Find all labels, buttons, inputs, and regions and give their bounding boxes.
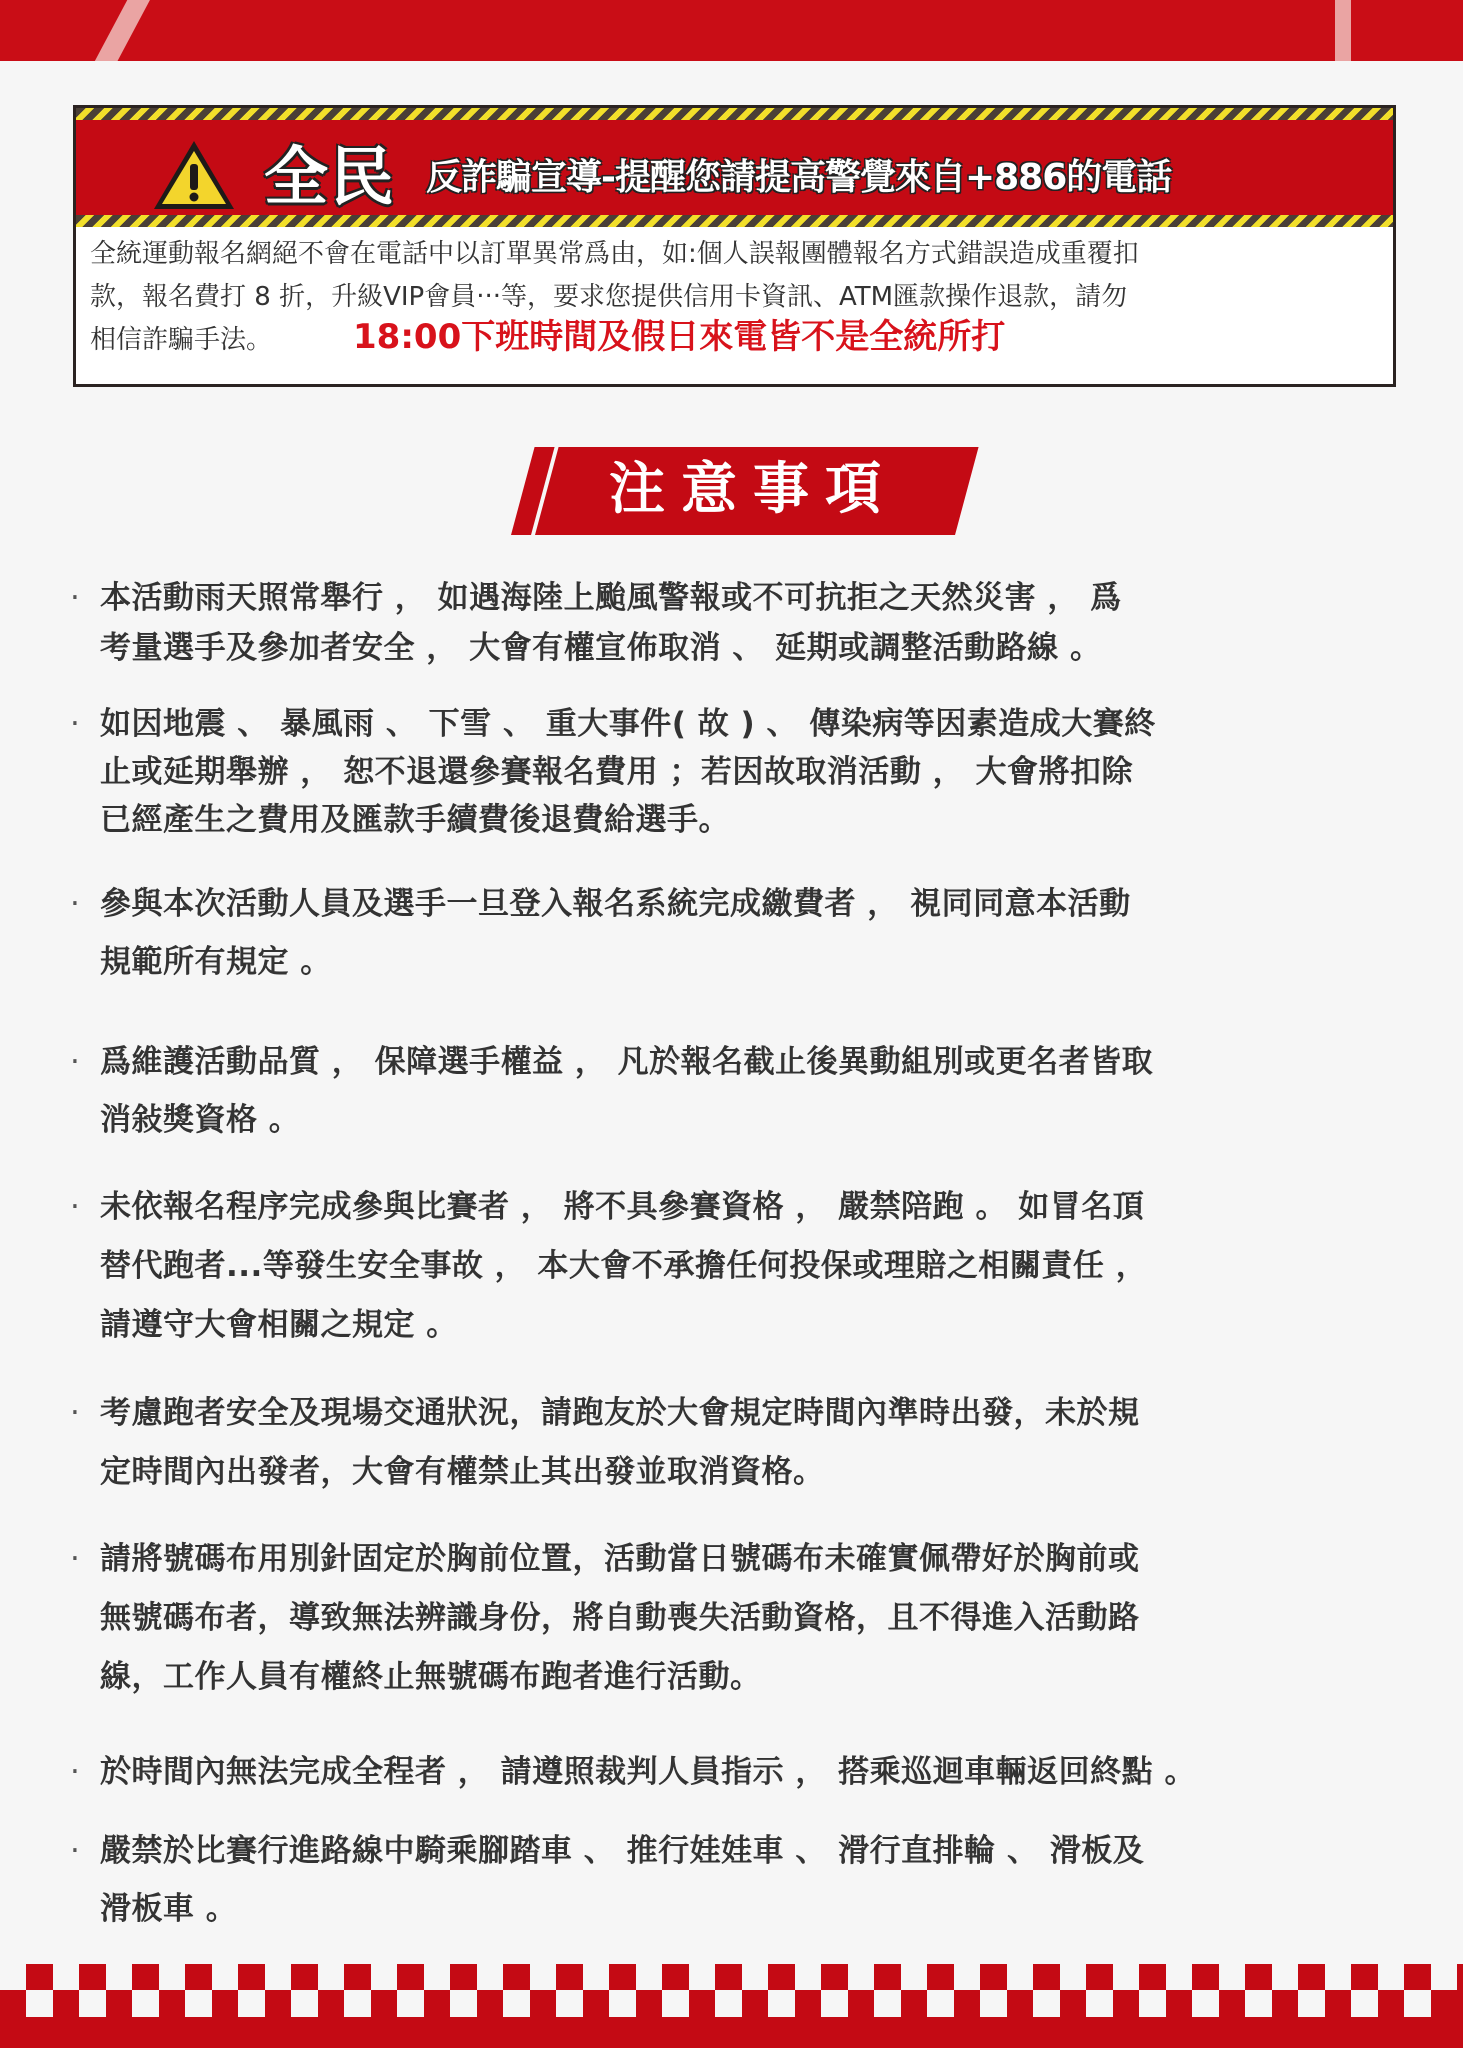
text-line: 已經產生之費用及匯款手續費後退費給選手。 — [100, 796, 1463, 844]
warning-body-line: 全統運動報名網絕不會在電話中以訂單異常爲由，如:個人誤報團體報名方式錯誤造成重覆… — [90, 233, 1379, 276]
hazard-stripe-top — [76, 108, 1393, 120]
text-line: 本活動雨天照常舉行 ， 如遇海陸上颱風警報或不可抗拒之天然災害 ， 爲 — [100, 573, 1463, 623]
text-line: 替代跑者...等發生安全事故 ， 本大會不承擔任何投保或理賠之相關責任 ， — [100, 1237, 1463, 1296]
warning-highlight: 18:00下班時間及假日來電皆不是全統所打 — [353, 316, 1005, 359]
text-line: 請將號碼布用別針固定於胸前位置，活動當日號碼布未確實佩帶好於胸前或 — [100, 1530, 1463, 1589]
text-line: 規範所有規定 。 — [100, 933, 1463, 991]
warning-header: 全民 反詐騙宣導-提醒您請提高警覺來自+886的電話 — [76, 120, 1393, 215]
list-item-text: 爲維護活動品質 ， 保障選手權益 ， 凡於報名截止後異動組別或更名者皆取 消敍獎… — [70, 1033, 1463, 1149]
text-line: 考量選手及參加者安全 ， 大會有權宣佈取消 、 延期或調整活動路線 。 — [100, 623, 1463, 673]
bullet: · — [70, 1178, 80, 1237]
bullet: · — [70, 573, 80, 623]
anti-fraud-warning-box: 全民 反詐騙宣導-提醒您請提高警覺來自+886的電話 全統運動報名網絕不會在電話… — [73, 105, 1396, 387]
warning-triangle-icon — [151, 138, 237, 212]
list-item: · 未依報名程序完成參與比賽者 ， 將不具參賽資格 ， 嚴禁陪跑 。 如冒名頂 … — [70, 1178, 1463, 1355]
list-item: · 於時間內無法完成全程者 ， 請遵照裁判人員指示 ， 搭乘巡迴車輛返回終點 。 — [70, 1743, 1463, 1801]
bullet: · — [70, 1384, 80, 1443]
text-line: 未依報名程序完成參與比賽者 ， 將不具參賽資格 ， 嚴禁陪跑 。 如冒名頂 — [100, 1178, 1463, 1237]
text-line: 爲維護活動品質 ， 保障選手權益 ， 凡於報名截止後異動組別或更名者皆取 — [100, 1033, 1463, 1091]
bullet: · — [70, 1743, 80, 1801]
bullet: · — [70, 700, 80, 748]
list-item-text: 參與本次活動人員及選手一旦登入報名系統完成繳費者 ， 視同同意本活動 規範所有規… — [70, 875, 1463, 991]
section-title-banner: 注意事項 — [503, 445, 973, 535]
checker-row-top — [26, 1964, 1463, 1990]
warning-body: 全統運動報名網絕不會在電話中以訂單異常爲由，如:個人誤報團體報名方式錯誤造成重覆… — [76, 227, 1393, 362]
list-item-text: 考慮跑者安全及現場交通狀況，請跑友於大會規定時間內準時出發，未於規 定時間內出發… — [70, 1384, 1463, 1502]
checkered-footer — [0, 1964, 1463, 2048]
bullet: · — [70, 875, 80, 933]
list-item: · 參與本次活動人員及選手一旦登入報名系統完成繳費者 ， 視同同意本活動 規範所… — [70, 875, 1463, 991]
bullet: · — [70, 1822, 80, 1880]
track-line-decoration — [85, 0, 154, 61]
list-item-text: 嚴禁於比賽行進路線中騎乘腳踏車 、 推行娃娃車 、 滑行直排輪 、 滑板及 滑板… — [70, 1822, 1463, 1938]
text-line: 嚴禁於比賽行進路線中騎乘腳踏車 、 推行娃娃車 、 滑行直排輪 、 滑板及 — [100, 1822, 1463, 1880]
list-item-text: 請將號碼布用別針固定於胸前位置，活動當日號碼布未確實佩帶好於胸前或 無號碼布者，… — [70, 1530, 1463, 1707]
text-line: 於時間內無法完成全程者 ， 請遵照裁判人員指示 ， 搭乘巡迴車輛返回終點 。 — [100, 1743, 1463, 1801]
list-item-text: 未依報名程序完成參與比賽者 ， 將不具參賽資格 ， 嚴禁陪跑 。 如冒名頂 替代… — [70, 1178, 1463, 1355]
bullet: · — [70, 1033, 80, 1091]
text-line: 如因地震 、 暴風雨 、 下雪 、 重大事件( 故 ) 、 傳染病等因素造成大賽… — [100, 700, 1463, 748]
list-item: · 考慮跑者安全及現場交通狀況，請跑友於大會規定時間內準時出發，未於規 定時間內… — [70, 1384, 1463, 1502]
warning-headline-sub: 反詐騙宣導-提醒您請提高警覺來自+886的電話 — [426, 149, 1171, 200]
text-line: 滑板車 。 — [100, 1880, 1463, 1938]
text-line: 止或延期舉辦 ， 恕不退還參賽報名費用 ；若因故取消活動 ， 大會將扣除 — [100, 748, 1463, 796]
list-item: · 嚴禁於比賽行進路線中騎乘腳踏車 、 推行娃娃車 、 滑行直排輪 、 滑板及 … — [70, 1822, 1463, 1938]
list-item-text: 如因地震 、 暴風雨 、 下雪 、 重大事件( 故 ) 、 傳染病等因素造成大賽… — [70, 700, 1463, 844]
checker-row-bottom — [26, 1990, 1446, 2017]
top-banner — [0, 0, 1463, 61]
list-item: · 如因地震 、 暴風雨 、 下雪 、 重大事件( 故 ) 、 傳染病等因素造成… — [70, 700, 1463, 844]
track-line-decoration — [1335, 0, 1351, 61]
bullet: · — [70, 1530, 80, 1589]
list-item: · 本活動雨天照常舉行 ， 如遇海陸上颱風警報或不可抗拒之天然災害 ， 爲 考量… — [70, 573, 1463, 673]
text-line: 無號碼布者，導致無法辨識身份，將自動喪失活動資格，且不得進入活動路 — [100, 1589, 1463, 1648]
warning-body-line: 款，報名費打 8 折，升級VIP會員‧‧‧等，要求您提供信用卡資訊、ATM匯款操… — [90, 276, 1379, 319]
warning-headline-big: 全民 — [264, 126, 396, 218]
text-line: 考慮跑者安全及現場交通狀況，請跑友於大會規定時間內準時出發，未於規 — [100, 1384, 1463, 1443]
list-item-text: 於時間內無法完成全程者 ， 請遵照裁判人員指示 ， 搭乘巡迴車輛返回終點 。 — [70, 1743, 1463, 1801]
text-line: 請遵守大會相關之規定 。 — [100, 1296, 1463, 1355]
text-line: 消敍獎資格 。 — [100, 1091, 1463, 1149]
list-item: · 爲維護活動品質 ， 保障選手權益 ， 凡於報名截止後異動組別或更名者皆取 消… — [70, 1033, 1463, 1149]
text-line: 參與本次活動人員及選手一旦登入報名系統完成繳費者 ， 視同同意本活動 — [100, 875, 1463, 933]
list-item-text: 本活動雨天照常舉行 ， 如遇海陸上颱風警報或不可抗拒之天然災害 ， 爲 考量選手… — [70, 573, 1463, 673]
text-line: 線，工作人員有權終止無號碼布跑者進行活動。 — [100, 1648, 1463, 1707]
list-item: · 請將號碼布用別針固定於胸前位置，活動當日號碼布未確實佩帶好於胸前或 無號碼布… — [70, 1530, 1463, 1707]
section-title: 注意事項 — [583, 455, 923, 525]
text-line: 定時間內出發者，大會有權禁止其出發並取消資格。 — [100, 1443, 1463, 1502]
